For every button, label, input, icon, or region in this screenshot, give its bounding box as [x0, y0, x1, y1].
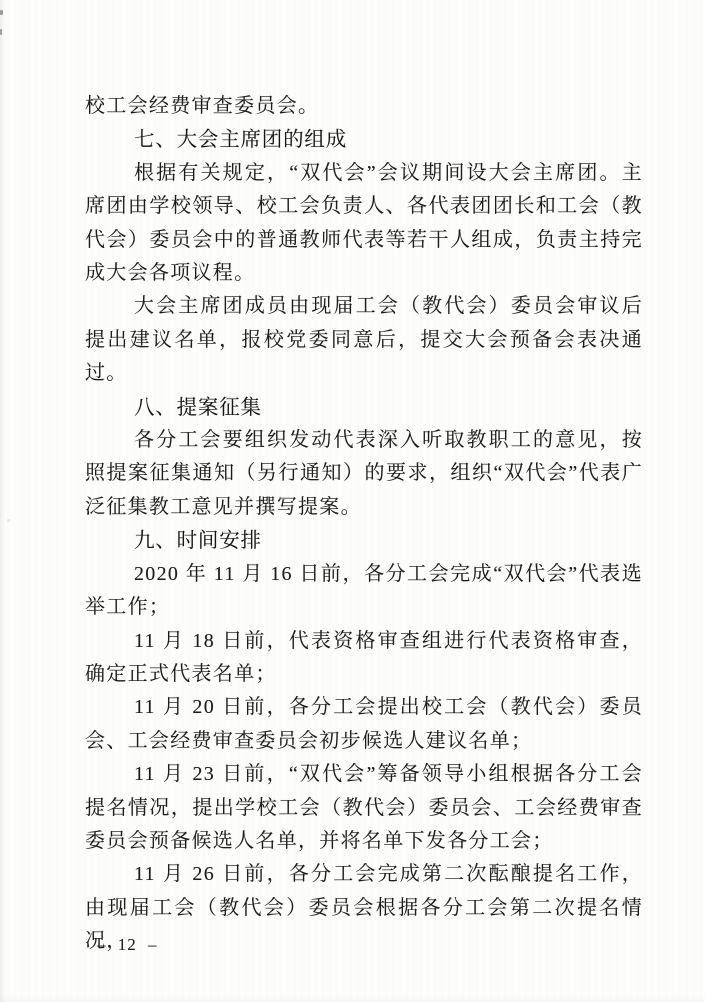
paragraph-presidium-composition: 根据有关规定，“双代会”会议期间设大会主席团。主席团由学校领导、校工会负责人、各…	[85, 157, 643, 291]
paragraph-proposal-collection: 各分工会要组织发动代表深入听取教职工的意见，按照提案征集通知（另行通知）的要求，…	[85, 424, 643, 524]
section-heading-schedule: 九、时间安排	[85, 524, 643, 557]
scan-artifact-speck	[0, 29, 2, 35]
paragraph-schedule-nov23: 11 月 23 日前，“双代会”筹备领导小组根据各分工会提名情况，提出学校工会（…	[85, 758, 643, 858]
paragraph-schedule-nov26: 11 月 26 日前，各分工会完成第二次酝酿提名工作，由现届工会（教代会）委员会…	[85, 858, 643, 958]
scan-artifact-speck	[232, 128, 234, 130]
section-heading-proposal-collection: 八、提案征集	[85, 391, 643, 424]
paragraph-schedule-nov16: 2020 年 11 月 16 日前，各分工会完成“双代会”代表选举工作；	[85, 558, 643, 625]
scan-artifact-speck	[7, 519, 10, 522]
document-body: 校工会经费审查委员会。 七、大会主席团的组成 根据有关规定，“双代会”会议期间设…	[85, 90, 643, 959]
paragraph-schedule-nov20: 11 月 20 日前，各分工会提出校工会（教代会）委员会、工会经费审查委员会初步…	[85, 691, 643, 758]
page-number: – 12 –	[97, 935, 158, 955]
paragraph-continuation: 校工会经费审查委员会。	[85, 90, 643, 123]
scan-artifact-speck	[0, 10, 3, 15]
scanned-document-page: 校工会经费审查委员会。 七、大会主席团的组成 根据有关规定，“双代会”会议期间设…	[0, 0, 705, 1002]
section-heading-presidium: 七、大会主席团的组成	[85, 123, 643, 156]
paragraph-schedule-nov18: 11 月 18 日前，代表资格审查组进行代表资格审查，确定正式代表名单；	[85, 625, 643, 692]
paragraph-presidium-approval: 大会主席团成员由现届工会（教代会）委员会审议后提出建议名单，报校党委同意后，提交…	[85, 290, 643, 390]
